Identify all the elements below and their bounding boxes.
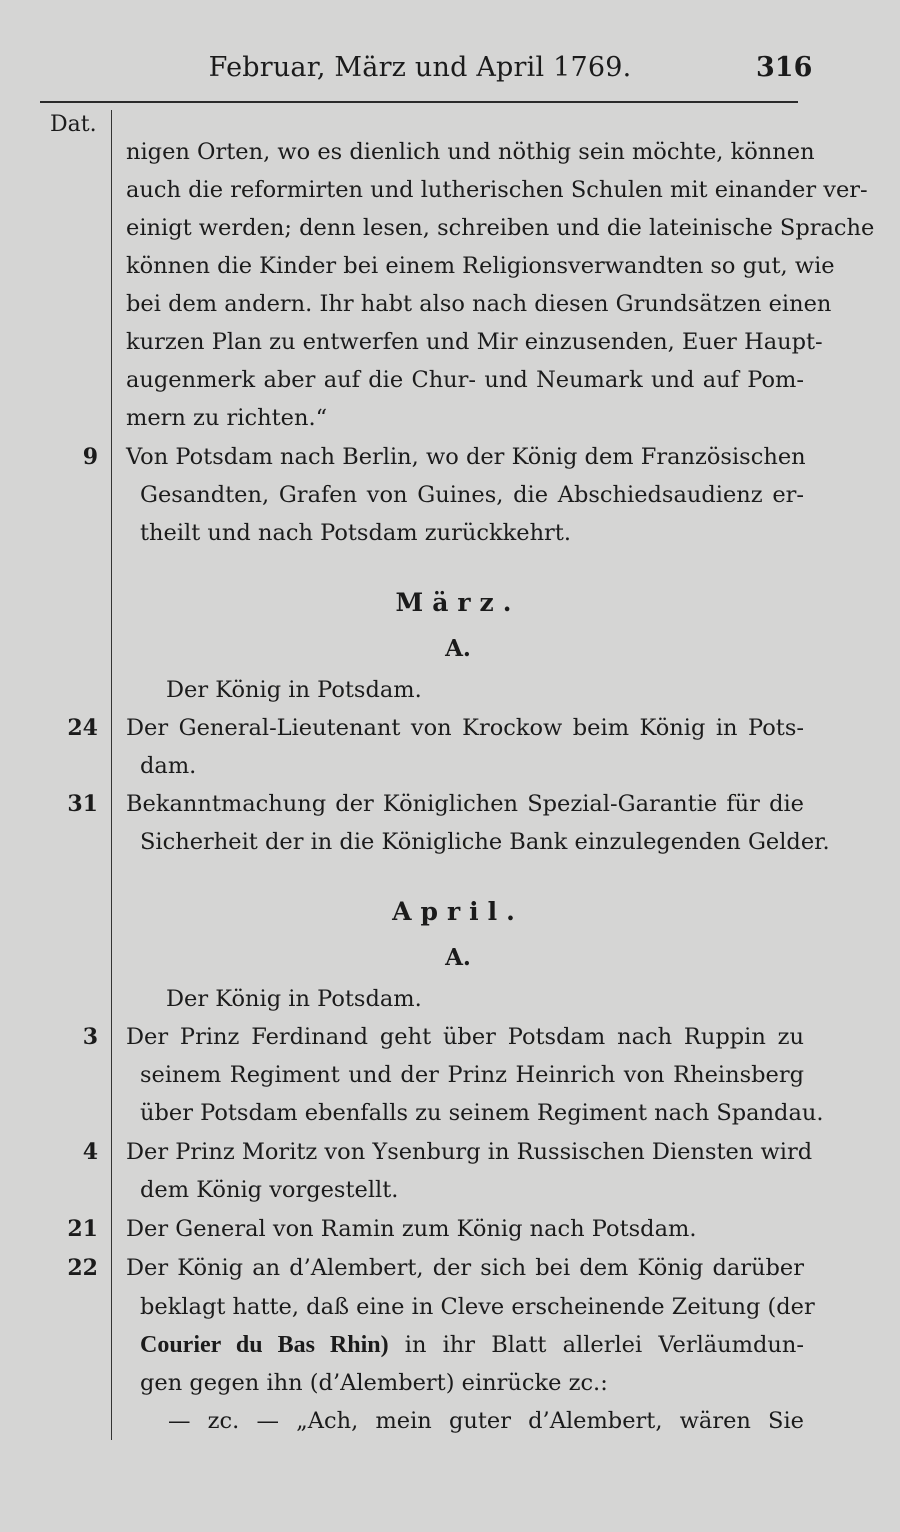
text-line: beklagt hatte, daß eine in Cleve erschei… bbox=[140, 1288, 804, 1326]
text-line: Der General von Ramin zum König nach Pot… bbox=[126, 1210, 804, 1248]
text-line: Der Prinz Ferdinand geht über Potsdam na… bbox=[126, 1018, 804, 1056]
entry-date: 24 bbox=[60, 709, 98, 747]
text-line: können die Kinder bei einem Religionsver… bbox=[126, 247, 804, 285]
entry-date: 9 bbox=[60, 438, 98, 476]
text-line: — zc. — „Ach, mein guter d’Alembert, wär… bbox=[168, 1402, 804, 1440]
text-line: mern zu richten.“ bbox=[126, 399, 804, 437]
text-line: Der Prinz Moritz von Ysenburg in Russisc… bbox=[126, 1133, 804, 1171]
text-fragment: in ihr Blatt allerlei Verläumdun- bbox=[405, 1332, 804, 1358]
text-line: augenmerk aber auf die Chur- und Neumark… bbox=[126, 361, 804, 399]
running-header-title: Februar, März und April 1769. bbox=[0, 52, 840, 83]
text-line: nigen Orten, wo es dienlich und nöthig s… bbox=[126, 133, 804, 171]
text-line: gen gegen ihn (d’Alembert) einrücke zc.: bbox=[140, 1364, 804, 1402]
entry-date: 31 bbox=[60, 785, 98, 823]
text-line: bei dem andern. Ihr habt also nach diese… bbox=[126, 285, 804, 323]
entry-date: 22 bbox=[60, 1249, 98, 1287]
header-rule bbox=[40, 101, 798, 103]
text-line: Von Potsdam nach Berlin, wo der König de… bbox=[126, 438, 804, 476]
section-heading-a: A. bbox=[112, 630, 804, 668]
text-line: einigt werden; denn lesen, schreiben und… bbox=[126, 209, 804, 247]
entry-date: 3 bbox=[60, 1018, 98, 1056]
text-line: Der General-Lieutenant von Krockow beim … bbox=[126, 709, 804, 747]
king-location-line: Der König in Potsdam. bbox=[166, 671, 422, 709]
king-location-line: Der König in Potsdam. bbox=[166, 980, 422, 1018]
text-line: seinem Regiment und der Prinz Heinrich v… bbox=[140, 1056, 804, 1094]
month-heading-maerz: März. bbox=[112, 584, 804, 622]
text-line: kurzen Plan zu entwerfen und Mir einzuse… bbox=[126, 323, 804, 361]
text-line: Bekanntmachung der Königlichen Spezial-G… bbox=[126, 785, 804, 823]
entry-date: 21 bbox=[60, 1210, 98, 1248]
text-line: Der König an d’Alembert, der sich bei de… bbox=[126, 1249, 804, 1287]
month-heading-april: April. bbox=[112, 893, 804, 931]
entry-date: 4 bbox=[60, 1133, 98, 1171]
book-page: Februar, März und April 1769. 316 Dat. n… bbox=[0, 0, 900, 1532]
text-line: über Potsdam ebenfalls zu seinem Regimen… bbox=[140, 1094, 804, 1132]
text-line: auch die reformirten und lutherischen Sc… bbox=[126, 171, 804, 209]
date-column-rule bbox=[111, 110, 112, 1440]
text-line: dem König vorgestellt. bbox=[140, 1171, 804, 1209]
text-line: dam. bbox=[140, 747, 804, 785]
newspaper-title: Courier du Bas Rhin) bbox=[140, 1332, 389, 1358]
date-column-label: Dat. bbox=[50, 112, 97, 137]
section-heading-a: A. bbox=[112, 939, 804, 977]
page-number: 316 bbox=[756, 52, 812, 83]
text-line: Sicherheit der in die Königliche Bank ei… bbox=[140, 823, 804, 861]
text-line: Gesandten, Grafen von Guines, die Abschi… bbox=[140, 476, 804, 514]
text-line: Courier du Bas Rhin) in ihr Blatt allerl… bbox=[140, 1326, 804, 1364]
text-line: theilt und nach Potsdam zurückkehrt. bbox=[140, 514, 804, 552]
